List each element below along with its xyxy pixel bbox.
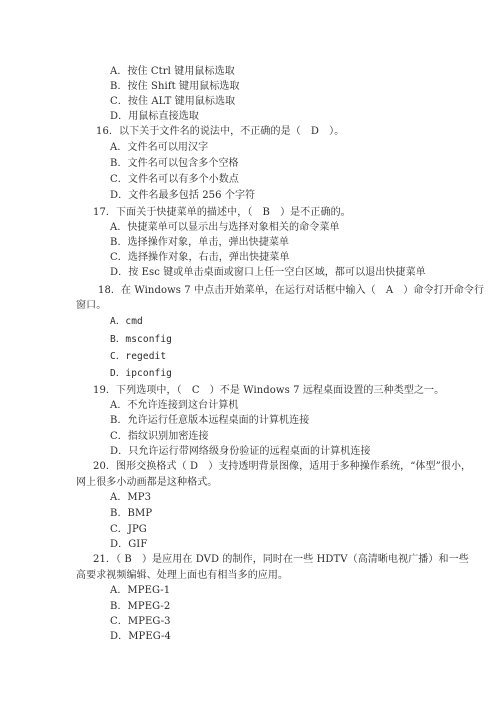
text-line: A．MP3 xyxy=(110,492,151,504)
text-line: 窗口。 xyxy=(76,300,106,312)
text-line: B．msconfig xyxy=(110,334,172,346)
text-line: D．MPEG-4 xyxy=(110,631,171,643)
text-line: B．MPEG-2 xyxy=(110,601,170,613)
text-line: D．只允许运行带网络级身份验证的远程桌面的计算机连接 xyxy=(110,446,371,458)
question-stem: 17．下面关于快捷菜单的描述中，（ B ）是不正确的。 xyxy=(93,207,351,219)
document-page: A．按住 Ctrl 键用鼠标选取B．按住 Shift 键用鼠标选取C．按住 AL… xyxy=(0,0,500,707)
text-line: D．文件名最多包括 256 个字符 xyxy=(110,190,255,202)
text-line: B．按住 Shift 键用鼠标选取 xyxy=(110,81,240,93)
text-line: C．regedit xyxy=(110,351,166,363)
text-line: A．快捷菜单可以显示出与选择对象相关的命令菜单 xyxy=(110,222,340,234)
text-line: D．按 Esc 键或单击桌面或窗口上任一空白区域，都可以退出快捷菜单 xyxy=(110,267,426,279)
text-line: C．选择操作对象，右击，弹出快捷菜单 xyxy=(110,252,289,264)
text-line: B．BMP xyxy=(110,508,152,520)
text-line: C．指纹识别加密连接 xyxy=(110,431,209,443)
question-stem: 20．图形交换格式（ D ）支持透明背景图像，适用于多种操作系统，“体型”很小， xyxy=(93,461,471,473)
text-line: A．不允许连接到这台计算机 xyxy=(110,400,239,412)
text-line: C．文件名可以有多个小数点 xyxy=(110,174,239,186)
text-line: 网上很多小动画都是这种格式。 xyxy=(76,477,217,489)
text-line: A．MPEG-1 xyxy=(110,585,170,597)
question-stem: 18．在 Windows 7 中点击开始菜单，在运行对话框中输入（ A ）命令打… xyxy=(98,285,484,297)
question-stem: 21．（ B ）是应用在 DVD 的制作，同时在一些 HDTV（高清晰电视广播）… xyxy=(93,554,469,566)
text-line: 高要求视频编辑、处理上面也有相当多的应用。 xyxy=(76,570,288,582)
text-line: D．用鼠标直接选取 xyxy=(110,111,199,123)
text-line: C．按住 ALT 键用鼠标选取 xyxy=(110,96,235,108)
text-line: B．选择操作对象，单击，弹出快捷菜单 xyxy=(110,237,289,249)
question-stem: 19．下列选项中，（ C ）不是 Windows 7 远程桌面设置的三种类型之一… xyxy=(93,385,444,397)
text-line: B．文件名可以包含多个空格 xyxy=(110,158,239,170)
text-line: A．cmd xyxy=(110,316,143,328)
text-line: D．ipconfig xyxy=(110,368,172,380)
text-line: D．GIF xyxy=(110,539,147,551)
text-line: A．文件名可以用汉字 xyxy=(110,142,208,154)
text-line: C．JPG xyxy=(110,524,147,536)
text-line: A．按住 Ctrl 键用鼠标选取 xyxy=(110,66,235,78)
question-stem: 16．以下关于文件名的说法中，不正确的是（ D ）。 xyxy=(96,126,344,138)
text-line: B．允许运行任意版本远程桌面的计算机连接 xyxy=(110,415,309,427)
text-line: C．MPEG-3 xyxy=(110,616,171,628)
